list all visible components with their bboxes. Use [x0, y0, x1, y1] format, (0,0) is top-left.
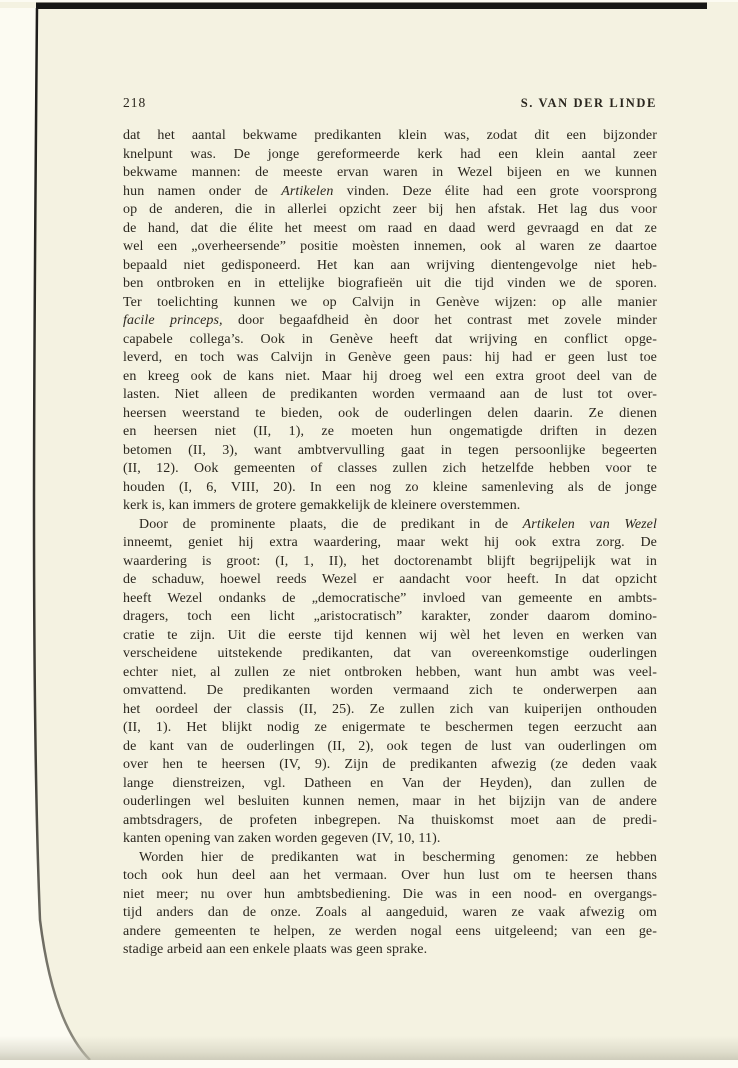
text-line: ben ontbroken en in ettelijke biografieë… — [123, 275, 657, 294]
text-line: het oordeel der classis (II, 25). Ze zul… — [123, 701, 657, 720]
text-segment: (II, 12). Ook gemeenten of classes zulle… — [123, 461, 657, 476]
text-segment: toch ook hun deel aan het vermaan. Over … — [123, 868, 657, 883]
text-segment: houden (I, 6, VIII, 20). In een nog zo k… — [123, 480, 657, 495]
paragraph: Worden hier de predikanten wat in besche… — [123, 849, 657, 960]
text-line: Worden hier de predikanten wat in besche… — [123, 849, 657, 868]
text-line: kerk is, kan immers de grotere gemakkeli… — [123, 497, 657, 516]
text-segment: heeft Wezel ondanks de „democratische” i… — [123, 591, 657, 606]
text-segment: heersen weerstand te bieden, ook de oude… — [123, 406, 657, 421]
text-line: (II, 12). Ook gemeenten of classes zulle… — [123, 460, 657, 479]
text-segment: verscheidene uitstekende predikanten, da… — [123, 646, 657, 661]
scan-bottom-shadow — [0, 1036, 738, 1060]
left-page-edge-line — [34, 8, 90, 1060]
text-line: hun namen onder de Artikelen vinden. Dez… — [123, 183, 657, 202]
text-line: omvattend. De predikanten worden vermaan… — [123, 682, 657, 701]
text-line: inneemt, geniet hij extra waardering, ma… — [123, 534, 657, 553]
text-segment: ambtsdragers, de profeten inbegrepen. Na… — [123, 813, 657, 828]
text-segment: waardering is groot: (I, 1, II), het doc… — [123, 554, 657, 569]
text-line: de kant van de ouderlingen (II, 2), ook … — [123, 738, 657, 757]
text-segment: omvattend. De predikanten worden vermaan… — [123, 683, 657, 698]
text-line: over hen te heersen (IV, 9). Zijn de pre… — [123, 756, 657, 775]
text-segment: Worden hier de predikanten wat in besche… — [139, 850, 657, 865]
text-line: andere gemeenten te helpen, ze werden no… — [123, 923, 657, 942]
text-line: echter niet, al zullen ze niet ontbroken… — [123, 664, 657, 683]
text-segment: ben ontbroken en in ettelijke biografieë… — [123, 276, 657, 291]
text-segment: dat het aantal bekwame predikanten klein… — [123, 128, 657, 143]
paragraph: dat het aantal bekwame predikanten klein… — [123, 127, 657, 516]
text-segment: stadige arbeid aan een enkele plaats was… — [123, 942, 427, 957]
text-segment: hun namen onder de — [123, 184, 281, 199]
text-segment: niet meer; nu over hun ambtsbediening. D… — [123, 887, 657, 902]
text-segment: bepaald niet gedisponeerd. Het kan aan w… — [123, 258, 657, 273]
text-line: lasten. Niet alleen de predikanten worde… — [123, 386, 657, 405]
text-segment: tijd anders dan de onze. Zoals al aanged… — [123, 905, 657, 920]
running-header: S. VAN DER LINDE — [521, 96, 657, 111]
text-line: en kreeg ook de kans niet. Maar hij droe… — [123, 368, 657, 387]
text-line: heersen weerstand te bieden, ook de oude… — [123, 405, 657, 424]
text-line: de schaduw, hoewel reeds Wezel er aandac… — [123, 571, 657, 590]
text-line: houden (I, 6, VIII, 20). In een nog zo k… — [123, 479, 657, 498]
text-line: verscheidene uitstekende predikanten, da… — [123, 645, 657, 664]
text-line: waardering is groot: (I, 1, II), het doc… — [123, 553, 657, 572]
text-segment: dragers, toch een licht „aristocratisch”… — [123, 609, 657, 624]
text-line: leverd, en toch was Calvijn in Genève ge… — [123, 349, 657, 368]
italic-text-segment: Artikelen van Wezel — [523, 517, 657, 532]
text-line: dat het aantal bekwame predikanten klein… — [123, 127, 657, 146]
text-line: tijd anders dan de onze. Zoals al aanged… — [123, 904, 657, 923]
text-line: en heersen niet (II, 1), ze moeten hun o… — [123, 423, 657, 442]
text-segment: en heersen niet (II, 1), ze moeten hun o… — [123, 424, 657, 439]
text-segment: over hen te heersen (IV, 9). Zijn de pre… — [123, 757, 657, 772]
text-segment: leverd, en toch was Calvijn in Genève ge… — [123, 350, 657, 365]
text-line: ambtsdragers, de profeten inbegrepen. Na… — [123, 812, 657, 831]
text-segment: het oordeel der classis (II, 25). Ze zul… — [123, 702, 657, 717]
text-line: facile princeps, door begaafdheid èn doo… — [123, 312, 657, 331]
text-segment: inneemt, geniet hij extra waardering, ma… — [123, 535, 657, 550]
text-line: betomen (II, 3), want ambtvervulling gaa… — [123, 442, 657, 461]
text-line: cratie te zijn. Uit die eerste tijd kenn… — [123, 627, 657, 646]
text-segment: vinden. Deze élite had een grote voorspr… — [333, 184, 657, 199]
text-line: knelpunt was. De jonge gereformeerde ker… — [123, 146, 657, 165]
page-bottom-edge — [0, 1060, 738, 1068]
text-segment: Ter toelichting kunnen we op Calvijn in … — [123, 295, 657, 310]
text-segment: en kreeg ook de kans niet. Maar hij droe… — [123, 369, 657, 384]
text-line: de hand, dat die élite het meest om raad… — [123, 220, 657, 239]
text-line: dragers, toch een licht „aristocratisch”… — [123, 608, 657, 627]
text-segment: capabele collega’s. Ook in Genève heeft … — [123, 332, 657, 347]
page-number: 218 — [123, 95, 146, 111]
text-line: bekwame mannen: de meeste ervan waren in… — [123, 164, 657, 183]
text-segment: lange dienstreizen, vgl. Datheen en Van … — [123, 776, 657, 791]
paragraph: Door de prominente plaats, die de predik… — [123, 516, 657, 849]
text-line: capabele collega’s. Ook in Genève heeft … — [123, 331, 657, 350]
text-segment: wel een „overheersende” positie moèsten … — [123, 239, 657, 254]
text-line: ouderlingen wel besluiten kunnen nemen, … — [123, 793, 657, 812]
italic-text-segment: facile princeps, — [123, 313, 223, 328]
text-line: niet meer; nu over hun ambtsbediening. D… — [123, 886, 657, 905]
text-line: toch ook hun deel aan het vermaan. Over … — [123, 867, 657, 886]
text-segment: ouderlingen wel besluiten kunnen nemen, … — [123, 794, 657, 809]
text-segment: kanten opening van zaken worden gegeven … — [123, 831, 440, 846]
text-segment: de hand, dat die élite het meest om raad… — [123, 221, 657, 236]
page-left-margin-white — [0, 8, 90, 1062]
text-segment: de schaduw, hoewel reeds Wezel er aandac… — [123, 572, 657, 587]
text-line: lange dienstreizen, vgl. Datheen en Van … — [123, 775, 657, 794]
text-line: kanten opening van zaken worden gegeven … — [123, 830, 657, 849]
text-line: wel een „overheersende” positie moèsten … — [123, 238, 657, 257]
text-line: Ter toelichting kunnen we op Calvijn in … — [123, 294, 657, 313]
italic-text-segment: Artikelen — [281, 184, 333, 199]
text-segment: knelpunt was. De jonge gereformeerde ker… — [123, 147, 657, 162]
text-line: (II, 1). Het blijkt nodig ze enigermate … — [123, 719, 657, 738]
book-page-scan: 218 S. VAN DER LINDE dat het aantal bekw… — [0, 0, 738, 1068]
text-segment: andere gemeenten te helpen, ze werden no… — [123, 924, 657, 939]
text-segment: bekwame mannen: de meeste ervan waren in… — [123, 165, 657, 180]
text-segment: kerk is, kan immers de grotere gemakkeli… — [123, 498, 520, 513]
text-segment: lasten. Niet alleen de predikanten worde… — [123, 387, 657, 402]
text-segment: (II, 1). Het blijkt nodig ze enigermate … — [123, 720, 657, 735]
text-line: stadige arbeid aan een enkele plaats was… — [123, 941, 657, 960]
text-segment: de kant van de ouderlingen (II, 2), ook … — [123, 739, 657, 754]
running-head-row: 218 S. VAN DER LINDE — [123, 95, 657, 111]
text-segment: door begaafdheid èn door het contrast me… — [223, 313, 657, 328]
text-line: heeft Wezel ondanks de „democratische” i… — [123, 590, 657, 609]
text-segment: cratie te zijn. Uit die eerste tijd kenn… — [123, 628, 657, 643]
text-line: bepaald niet gedisponeerd. Het kan aan w… — [123, 257, 657, 276]
text-segment: op de anderen, die in allerlei opzicht z… — [123, 202, 657, 217]
text-segment: betomen (II, 3), want ambtvervulling gaa… — [123, 443, 657, 458]
body-text: dat het aantal bekwame predikanten klein… — [123, 127, 657, 960]
top-border-bar — [36, 3, 707, 10]
text-segment: echter niet, al zullen ze niet ontbroken… — [123, 665, 657, 680]
text-line: op de anderen, die in allerlei opzicht z… — [123, 201, 657, 220]
text-segment: Door de prominente plaats, die de predik… — [139, 517, 523, 532]
text-line: Door de prominente plaats, die de predik… — [123, 516, 657, 535]
